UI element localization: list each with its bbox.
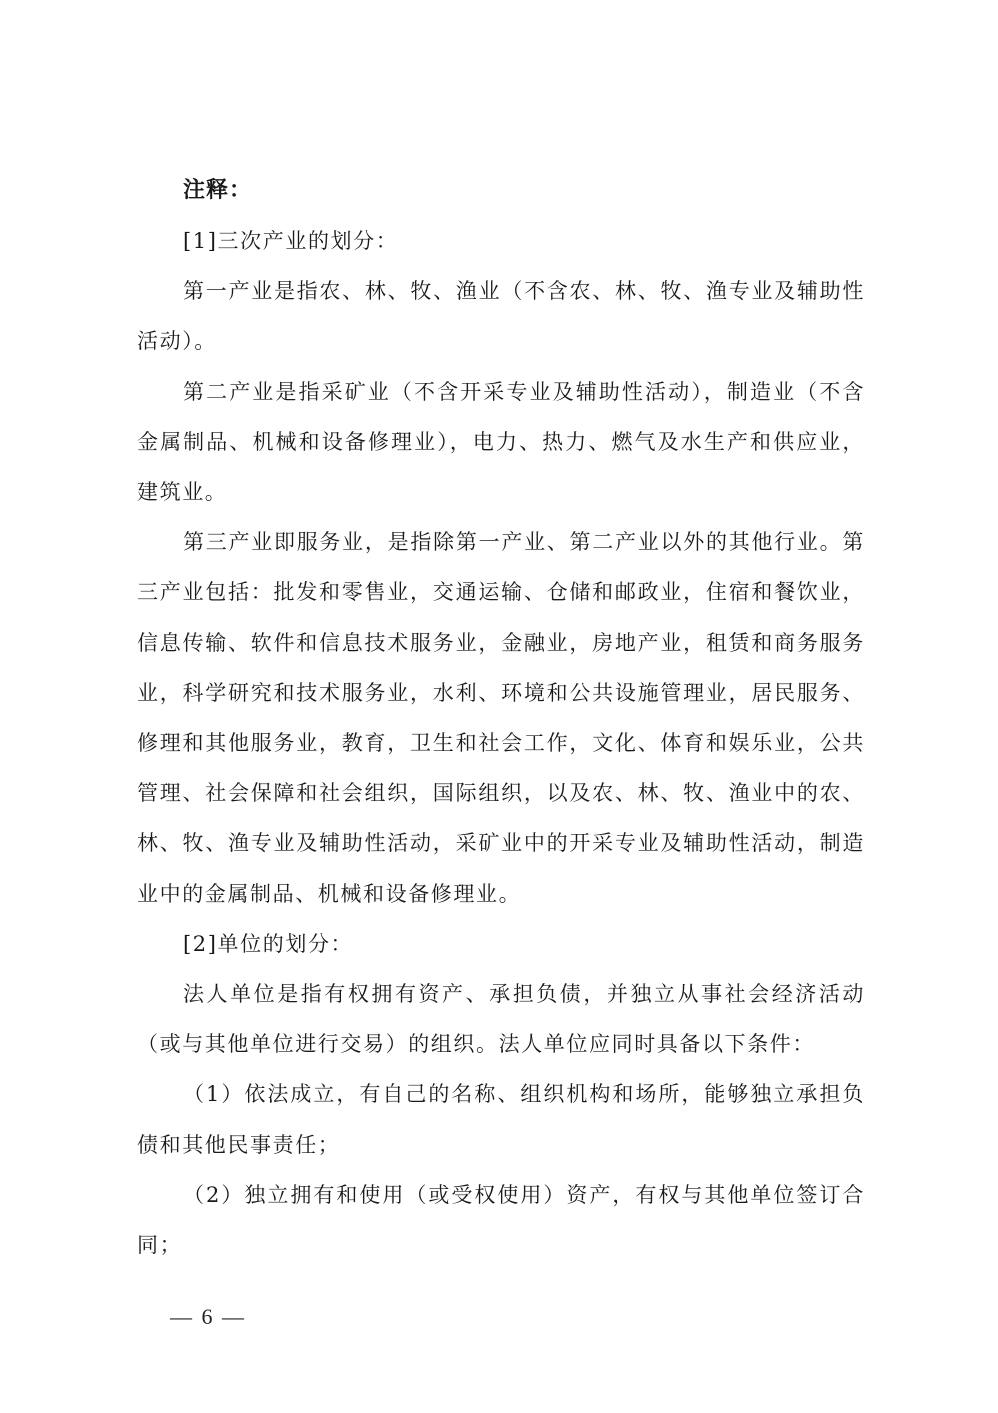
legal-unit-definition-paragraph: 法人单位是指有权拥有资产、承担负债，并独立从事社会经济活动（或与其他单位进行交易…: [137, 969, 865, 1069]
page-number: — 6 —: [170, 1304, 246, 1330]
note-2-title: [2]单位的划分：: [137, 919, 865, 969]
secondary-industry-paragraph: 第二产业是指采矿业（不含开采专业及辅助性活动），制造业（不含金属制品、机械和设备…: [137, 367, 865, 518]
primary-industry-paragraph: 第一产业是指农、林、牧、渔业（不含农、林、牧、渔专业及辅助性活动）。: [137, 266, 865, 366]
notes-heading: 注释：: [137, 166, 865, 216]
note-1-title: [1]三次产业的划分：: [137, 216, 865, 266]
document-page: 注释： [1]三次产业的划分： 第一产业是指农、林、牧、渔业（不含农、林、牧、渔…: [137, 166, 865, 1270]
tertiary-industry-paragraph: 第三产业即服务业，是指除第一产业、第二产业以外的其他行业。第三产业包括：批发和零…: [137, 517, 865, 919]
legal-unit-condition-2: （2）独立拥有和使用（或受权使用）资产，有权与其他单位签订合同；: [137, 1170, 865, 1270]
legal-unit-condition-1: （1）依法成立，有自己的名称、组织机构和场所，能够独立承担负债和其他民事责任；: [137, 1069, 865, 1169]
